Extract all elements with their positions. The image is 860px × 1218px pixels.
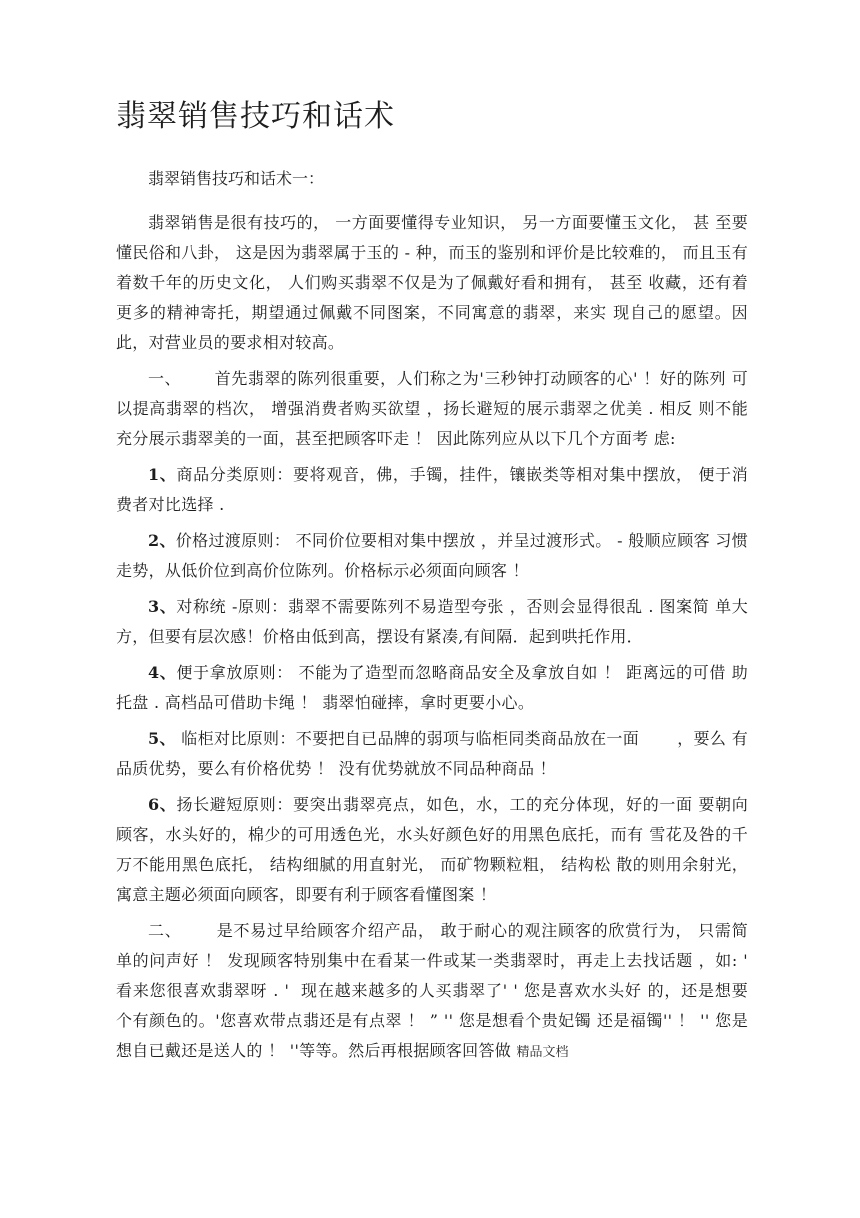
paragraph-section-one: 一、 首先翡翠的陈列很重要，人们称之为'三秒钟打动顾客的心' ！好的陈列 可以提… xyxy=(116,364,748,454)
paragraph-text: 一、 首先翡翠的陈列很重要，人们称之为'三秒钟打动顾客的心' ！好的陈列 可以提… xyxy=(116,369,748,448)
paragraph-text: 对称统 -原则：翡翠不需要陈列不易造型夸张 ，否则会显得很乱 . 图案简 单大方… xyxy=(116,597,748,646)
paragraph-rule-5: 5、 临柜对比原则：不要把自已品牌的弱项与临柜同类商品放在一面 ，要么 有品质优… xyxy=(116,724,748,784)
paragraph-prefix: 2、 xyxy=(148,531,176,550)
paragraph-text: 价格过渡原则： 不同价位要相对集中摆放 ，并呈过渡形式。 - 般顺应顾客 习惯走… xyxy=(116,531,748,580)
paragraph-rule-4: 4、便于拿放原则： 不能为了造型而忽略商品安全及拿放自如 ！ 距离远的可借 助托… xyxy=(116,658,748,718)
document-title: 翡翠销售技巧和话术 xyxy=(116,94,748,140)
paragraph-prefix: 3、 xyxy=(148,597,176,616)
footer-tag: 精品文档 xyxy=(516,1045,568,1060)
paragraph-text: 二、 是不易过早给顾客介绍产品， 敢于耐心的观注顾客的欣赏行为， 只需简 单的问… xyxy=(116,921,753,1060)
paragraph-prefix: 6、 xyxy=(148,795,176,814)
paragraph-rule-6: 6、扬长避短原则：要突出翡翠亮点，如色，水，工的充分体现，好的一面 要朝向顾客，… xyxy=(116,790,748,910)
paragraph-intro: 翡翠销售是很有技巧的， 一方面要懂得专业知识， 另一方面要懂玉文化， 甚 至要懂… xyxy=(116,208,748,358)
paragraph-text: 便于拿放原则： 不能为了造型而忽略商品安全及拿放自如 ！ 距离远的可借 助托盘 … xyxy=(116,663,748,712)
paragraph-prefix: 5、 xyxy=(148,729,176,748)
paragraph-rule-1: 1、商品分类原则：要将观音，佛，手镯，挂件，镶嵌类等相对集中摆放， 便于消费者对… xyxy=(116,460,748,520)
document-subtitle: 翡翠销售技巧和话术一： xyxy=(116,164,748,194)
paragraph-section-two: 二、 是不易过早给顾客介绍产品， 敢于耐心的观注顾客的欣赏行为， 只需简 单的问… xyxy=(116,916,748,1068)
document-page: 翡翠销售技巧和话术 翡翠销售技巧和话术一： 翡翠销售是很有技巧的， 一方面要懂得… xyxy=(0,0,860,1218)
paragraph-prefix: 4、 xyxy=(148,663,176,682)
paragraph-text: 翡翠销售是很有技巧的， 一方面要懂得专业知识， 另一方面要懂玉文化， 甚 至要懂… xyxy=(116,213,748,352)
paragraph-text: 商品分类原则：要将观音，佛，手镯，挂件，镶嵌类等相对集中摆放， 便于消费者对比选… xyxy=(116,465,748,514)
paragraph-rule-3: 3、对称统 -原则：翡翠不需要陈列不易造型夸张 ，否则会显得很乱 . 图案简 单… xyxy=(116,592,748,652)
paragraph-prefix: 1、 xyxy=(148,465,176,484)
paragraph-text: 临柜对比原则：不要把自已品牌的弱项与临柜同类商品放在一面 ，要么 有品质优势，要… xyxy=(116,729,748,778)
paragraph-text: 扬长避短原则：要突出翡翠亮点，如色，水，工的充分体现，好的一面 要朝向顾客，水头… xyxy=(116,795,748,904)
paragraph-rule-2: 2、价格过渡原则： 不同价位要相对集中摆放 ，并呈过渡形式。 - 般顺应顾客 习… xyxy=(116,526,748,586)
